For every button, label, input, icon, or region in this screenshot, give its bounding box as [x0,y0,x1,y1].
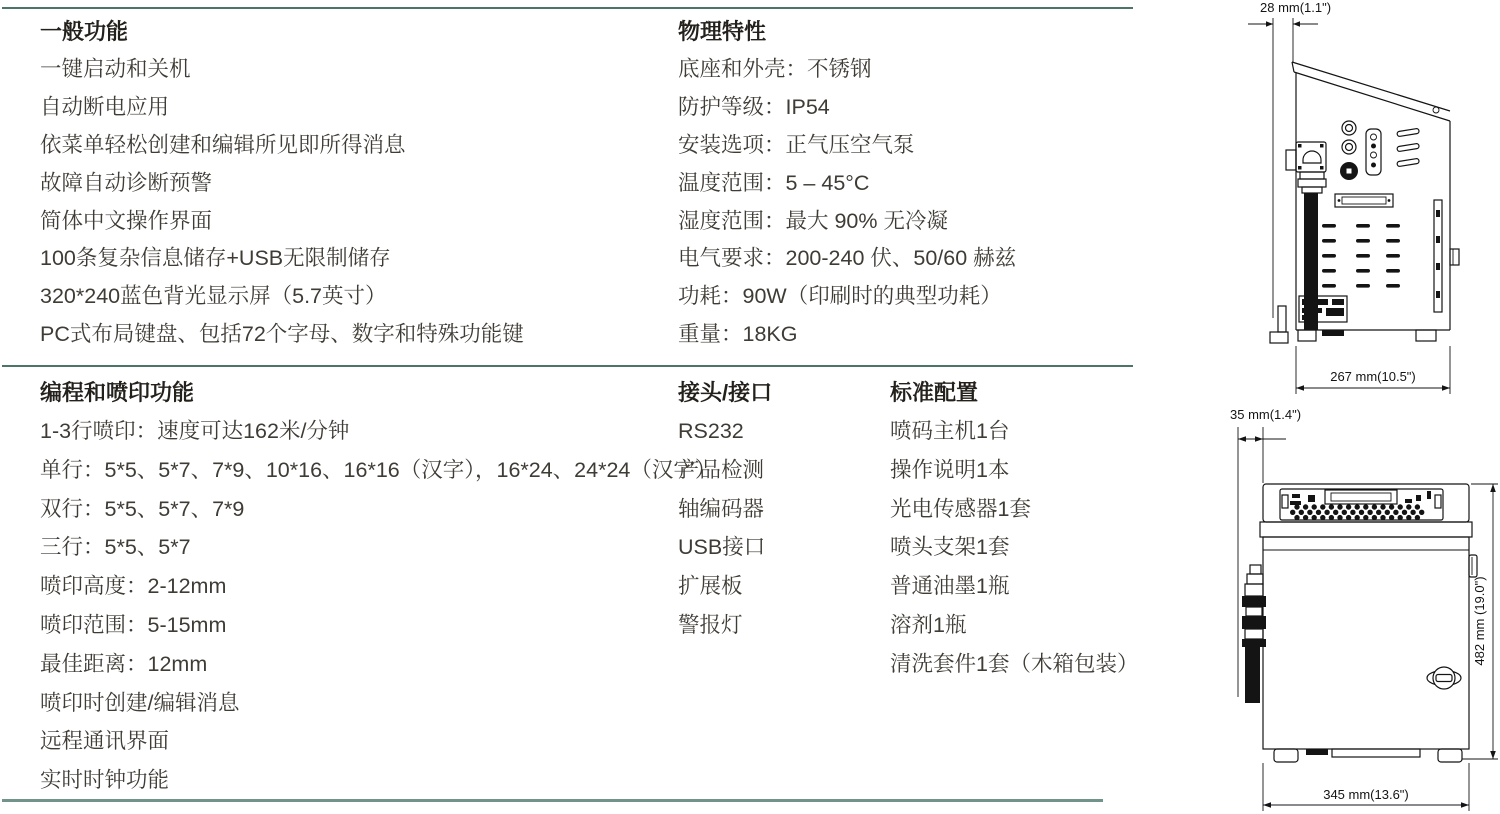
dimension-label: 28 mm(1.1") [1260,0,1331,15]
spec-item: 简体中文操作界面 [40,203,670,241]
divider-middle [2,365,1133,367]
spec-item: 喷头支架1套 [890,528,1150,567]
spec-item: 依菜单轻松创建和编辑所见即所得消息 [40,127,670,165]
dimension-28mm: 28 mm(1.1") [1248,0,1331,318]
section-interfaces: 接头/接口 RS232 产品检测 轴编码器 USB接口 扩展板 警报灯 [678,374,878,645]
divider-top [2,7,1133,9]
spec-item: 喷码主机1台 [890,412,1150,451]
spec-item: 1-3行喷印：速度可达162米/分钟 [40,412,670,451]
feet [1270,306,1436,343]
section-title: 标准配置 [890,374,1150,412]
spec-item: RS232 [678,412,878,451]
section-title: 编程和喷印功能 [40,374,670,412]
dimension-345mm: 345 mm(13.6") [1263,763,1469,811]
spec-item: 普通油墨1瓶 [890,567,1150,606]
section-programming: 编程和喷印功能 1-3行喷印：速度可达162米/分钟 单行：5*5、5*7、7*… [40,374,670,800]
spec-item: 湿度范围：最大 90% 无冷凝 [678,203,1138,241]
front-view-drawing: 35 mm(1.4") [1222,405,1500,814]
spec-item: 双行：5*5、5*7、7*9 [40,490,670,529]
vent-grid [1322,224,1400,288]
dimension-label: 345 mm(13.6") [1323,787,1409,802]
spec-item: 清洗套件1套（木箱包装） [890,645,1150,684]
section-title: 物理特性 [678,13,1138,51]
side-view-drawing: 28 mm(1.1") [1240,0,1465,398]
spec-item: 三行：5*5、5*7 [40,528,670,567]
spec-item: 操作说明1本 [890,451,1150,490]
dimension-35mm: 35 mm(1.4") [1230,407,1301,697]
spec-item: 底座和外壳：不锈钢 [678,51,1138,89]
section-title: 一般功能 [40,13,670,51]
spec-item: 单行：5*5、5*7、7*9、10*16、16*16（汉字），16*24、24*… [40,451,670,490]
feet [1274,749,1462,762]
spec-sheet: 一般功能 一键启动和关机 自动断电应用 依菜单轻松创建和编辑所见即所得消息 故障… [0,0,1500,814]
section-general-functions: 一般功能 一键启动和关机 自动断电应用 依菜单轻松创建和编辑所见即所得消息 故障… [40,13,670,354]
display-and-keyboard [1282,490,1441,518]
spec-item: 产品检测 [678,451,878,490]
spec-item: 警报灯 [678,606,878,645]
section-title: 接头/接口 [678,374,878,412]
spec-item: 防护等级：IP54 [678,89,1138,127]
spec-item: 喷印范围：5-15mm [40,606,670,645]
dimension-482mm: 482 mm (19.0") [1462,484,1498,759]
spec-item: 功耗：90W（印刷时的典型功耗） [678,278,1138,316]
spec-item: 100条复杂信息储存+USB无限制储存 [40,240,670,278]
spec-item: 故障自动诊断预警 [40,165,670,203]
spec-item: 溶剂1瓶 [890,606,1150,645]
dimension-267mm: 267 mm(10.5") [1296,346,1450,394]
section-physical: 物理特性 底座和外壳：不锈钢 防护等级：IP54 安装选项：正气压空气泵 温度范… [678,13,1138,354]
spec-item: 远程通讯界面 [40,722,670,761]
dimension-label: 267 mm(10.5") [1330,369,1416,384]
spec-item: 重量：18KG [678,316,1138,354]
spec-item: 轴编码器 [678,490,878,529]
spec-item: 温度范围：5 – 45°C [678,165,1138,203]
dimension-label: 482 mm (19.0") [1472,576,1487,665]
spec-item: 自动断电应用 [40,89,670,127]
spec-item: 一键启动和关机 [40,51,670,89]
machine-front-outline [1260,484,1477,749]
spec-item: 光电传感器1套 [890,490,1150,529]
dimension-label: 35 mm(1.4") [1230,407,1301,422]
spec-item: 扩展板 [678,567,878,606]
section-standard-config: 标准配置 喷码主机1台 操作说明1本 光电传感器1套 喷头支架1套 普通油墨1瓶… [890,374,1150,684]
spec-item: 最佳距离：12mm [40,645,670,684]
door-lock [1427,667,1461,689]
spec-item: USB接口 [678,528,878,567]
spec-item: 喷印高度：2-12mm [40,567,670,606]
hinge-and-knob [1434,200,1459,312]
spec-item: 电气要求：200-240 伏、50/60 赫兹 [678,240,1138,278]
spec-item: 实时时钟功能 [40,761,670,800]
label-plate [1299,296,1347,322]
spec-item: 安装选项：正气压空气泵 [678,127,1138,165]
spec-item: PC式布局键盘、包括72个字母、数字和特殊功能键 [40,316,670,354]
spec-item: 320*240蓝色背光显示屏（5.7英寸） [40,278,670,316]
spec-item: 喷印时创建/编辑消息 [40,684,670,723]
